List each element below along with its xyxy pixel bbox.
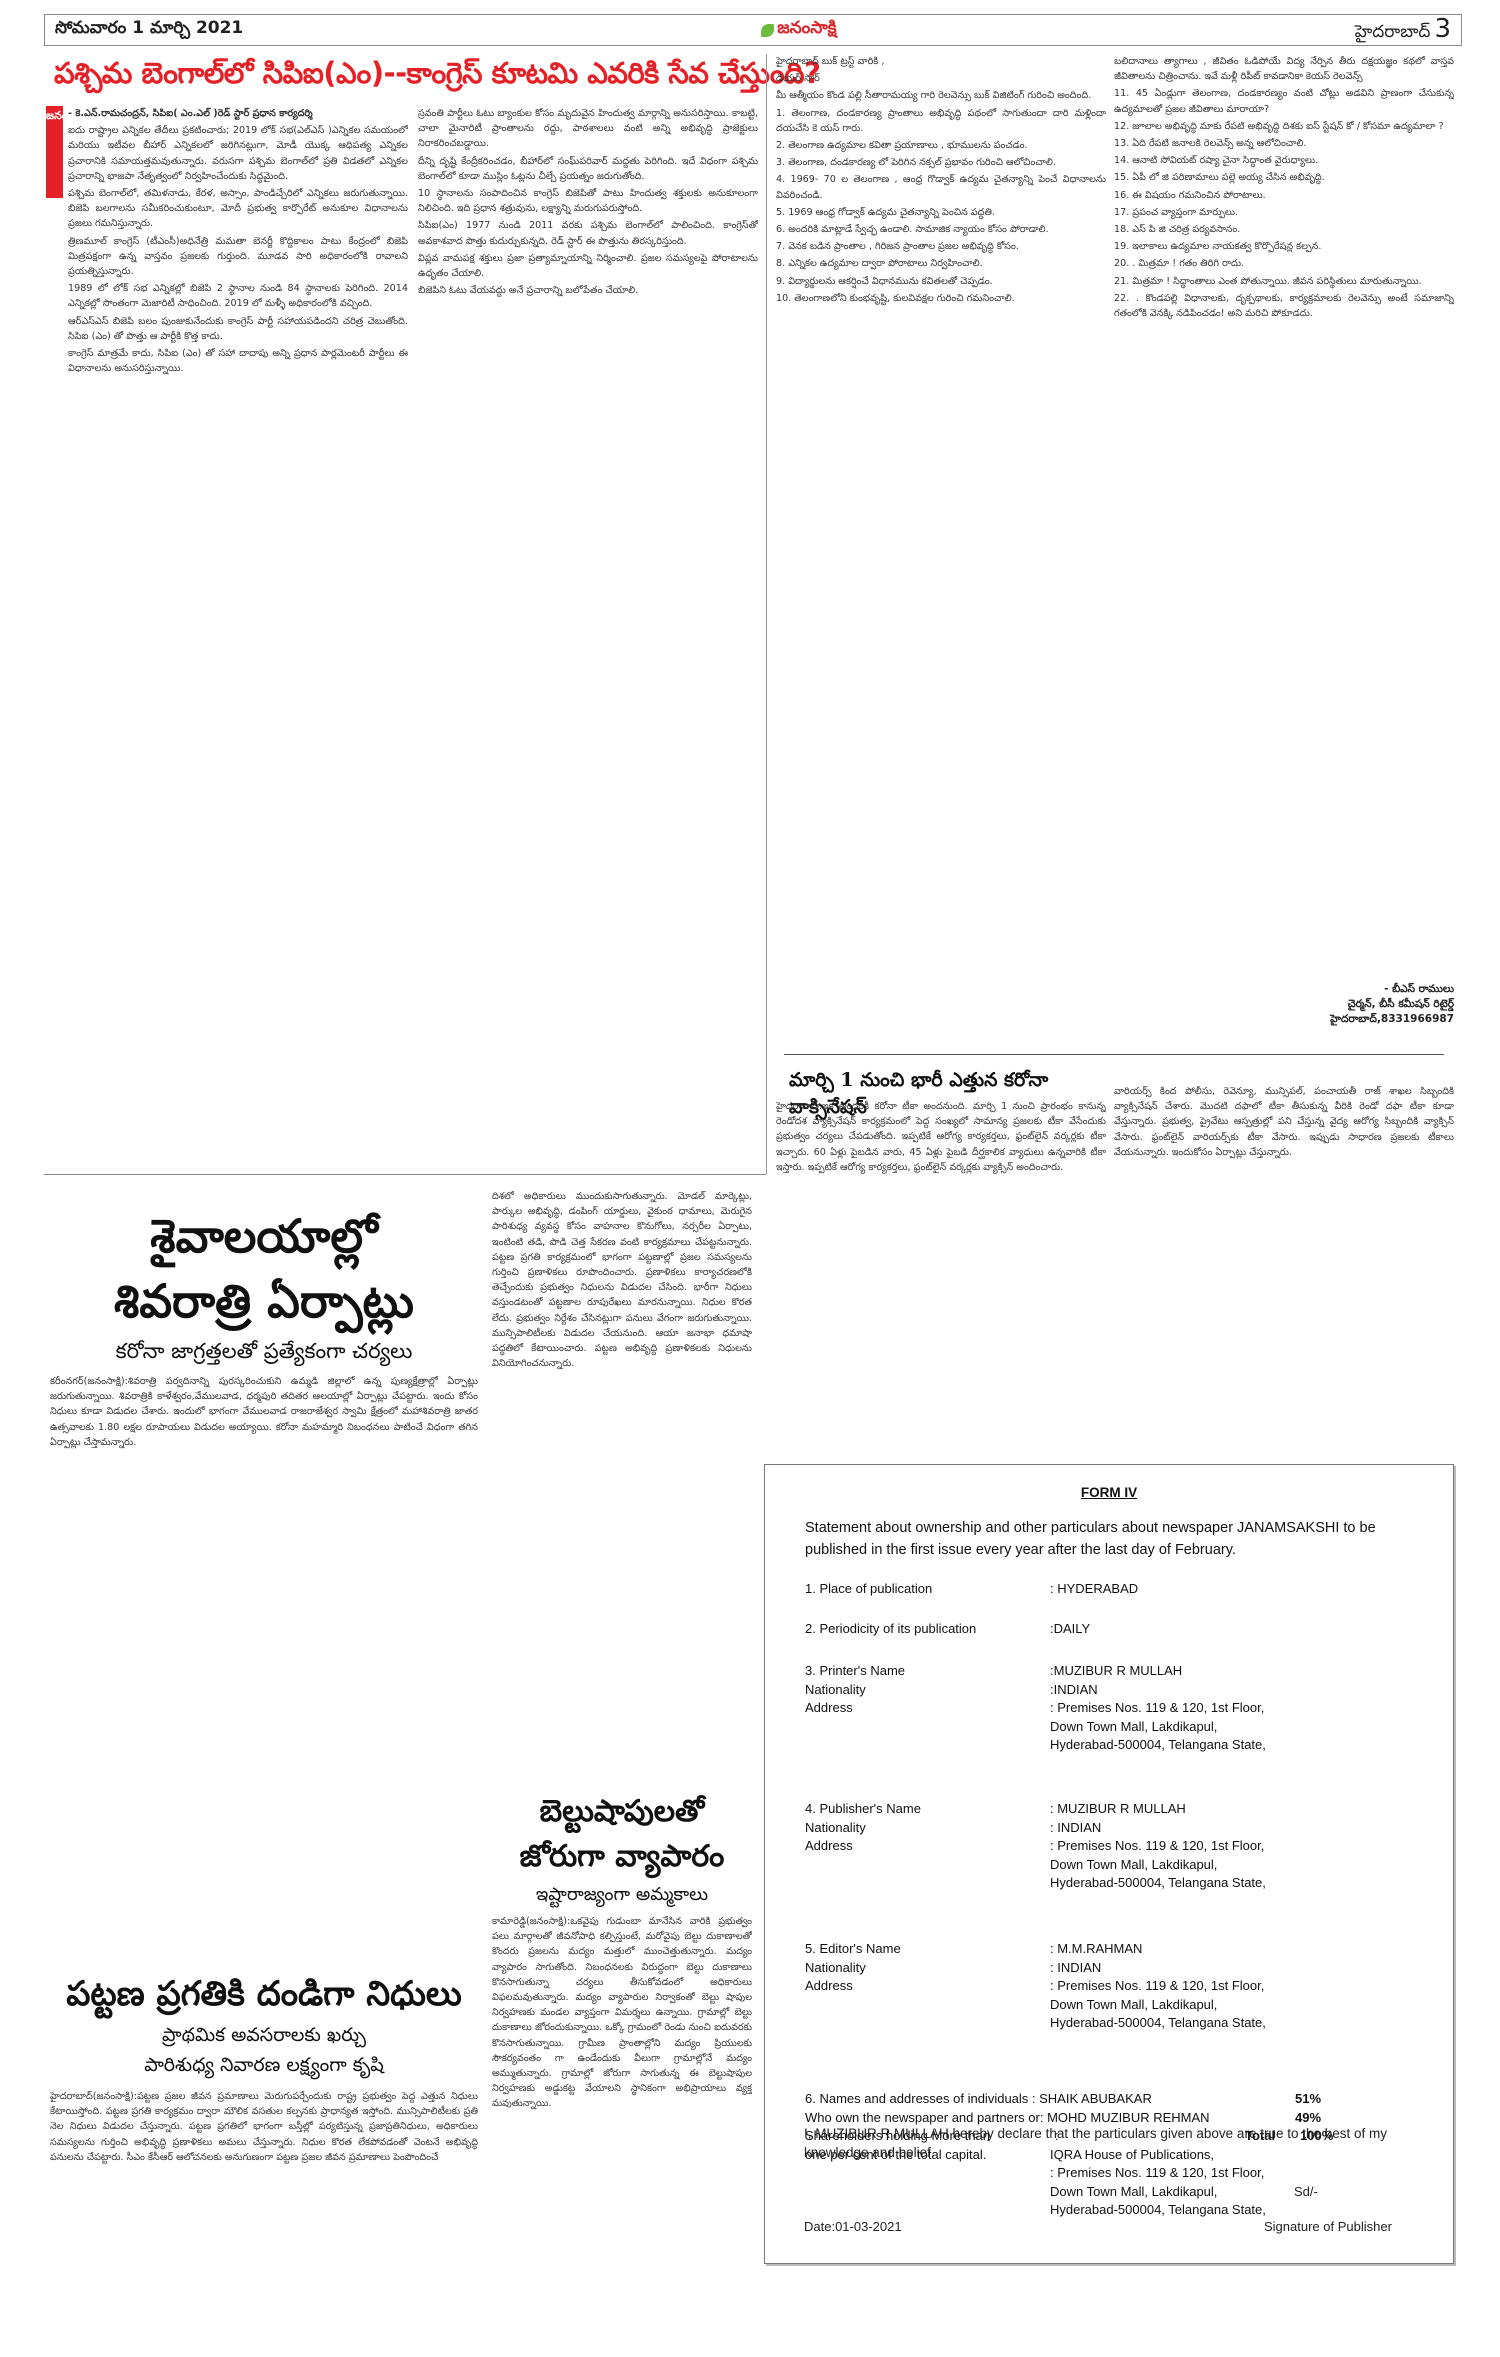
field-label: Nationality [805,1959,1045,1978]
field-value: : HYDERABAD [1050,1580,1410,1599]
paragraph: 8. ఎన్నికల ఉద్యమాల ద్వారా పోరాటాలు నిర్వ… [776,256,1106,271]
page-number: 3 [1434,14,1451,44]
editor-nationality: : INDIAN [1050,1959,1410,1978]
form-date: Date:01-03-2021 [804,2219,902,2234]
shivaratri-headline-line1: శైవాలయాల్లో [44,1209,484,1275]
paragraph: 1. తెలంగాణ, దండకారణ్య ప్రాంతాలు అభివృద్ధ… [776,106,1106,136]
paragraph: 17. ప్రపంచ వ్యాప్తంగా మార్పులు. [1114,205,1454,220]
address-line: Hyderabad-500004, Telangana State, [1050,2014,1410,2033]
editor-name: : M.M.RAHMAN [1050,1940,1410,1959]
address-line: : Premises Nos. 119 & 120, 1st Floor, [1050,1699,1410,1718]
field-label: 4. Publisher's Name [805,1800,1045,1819]
column-divider [766,54,767,1174]
paragraph: 15. ఏపీ లో జి పరిణామాలు పల్లె అయ్య చేసిన… [1114,170,1454,185]
address-line: Down Town Mall, Lakdikapul, [1050,1856,1410,1875]
paragraph: 11. 45 ఏండ్లుగా తెలంగాణ, దండకారణ్యం వంటి… [1114,86,1454,116]
owner-row: 6. Names and addresses of individuals : … [805,2090,1415,2109]
address-line: Hyderabad-500004, Telangana State, [1050,1874,1410,1893]
field-label: 2. Periodicity of its publication [805,1620,1045,1639]
masthead: సోమవారం 1 మార్చి 2021 జనంసాక్షి హైదరాబాద… [44,14,1462,46]
form-declaration: I, MUZIBUR R MULLAH hereby declare that … [804,2124,1424,2162]
owner-text: 6. Names and addresses of individuals : … [805,2091,1152,2106]
form-title: FORM IV [765,1485,1453,1500]
belt-shop-subheadline: ఇష్టారాజ్యంగా అమ్మకాలు [492,1884,752,1909]
paragraph: 18. ఎస్ పి జి చరిత్ర పర్యవసానం. [1114,222,1454,237]
address-line: : Premises Nos. 119 & 120, 1st Floor, [1050,1837,1410,1856]
edition-name: హైదరాబాద్ [1355,22,1431,42]
lead-story-col1: - కె.ఎన్.రామచంద్రన్, సిపిఐ( ఎం.ఎల్ )రెడ్… [68,106,408,1156]
publisher-name: : MUZIBUR R MULLAH [1050,1800,1410,1819]
newspaper-logo: జనంసాక్షి [761,18,836,42]
publisher-block: 4. Publisher's Name Nationality Address … [805,1800,1415,1900]
paragraph: 5. 1969 ఆంధ్ర గోడ్వాక్ ఉద్యమ చైతన్యాన్ని… [776,205,1106,220]
belt-shop-headline-line2: జోరుగా వ్యాపారం [492,1839,752,1881]
paragraph: దీన్ని దృష్టి కేంద్రీకరించడం, బీహార్‌లో … [418,154,758,184]
paragraph: 19. ఇలాకాలు ఉద్యమాల నాయకత్వ కొర్పొరేషన్ల… [1114,239,1454,254]
paragraph: 20. . మిత్రమా ! గతం తిరిగి రాదు. [1114,256,1454,271]
paragraph: 6. అందరికి మాట్లాడే స్వేచ్ఛ ఉండాలి. సామా… [776,222,1106,237]
paragraph: 16. ఈ విషయం గమనించిన పోరాటాలు. [1114,188,1454,203]
paragraph: 9. విద్యార్థులను ఆకర్షించే విధానమును కవి… [776,274,1106,289]
pattana-body: హైదరాబాద్(జనంసాక్షి):పట్టణ ప్రజల జీవన ప్… [50,2089,478,2289]
corona-col2: వారియర్స్ కింద పోలీసు, రెవెన్యూ, మున్సిప… [1114,1084,1454,1209]
printer-labels: 3. Printer's Name Nationality Address [805,1662,1045,1718]
paragraph: బలిదానాలు త్యాగాలు , జీవితం ఓడిపోయే విద్… [1114,54,1454,84]
paragraph: 10. తెలంగాణలోని కుంభవృష్టి, కులవివక్షల గ… [776,291,1106,306]
field-label: Nationality [805,1681,1045,1700]
field-label: Address [805,1837,1045,1856]
letter-signature: - బీఎస్ రాములు చైర్మన్, బీసీ కమీషన్ రిటై… [1114,982,1454,1027]
middle-story-top: దిశలో అధికారులు ముందుకుసాగుతున్నారు. మోడ… [492,1189,752,1729]
editor-values: : M.M.RAHMAN : INDIAN : Premises Nos. 11… [1050,1940,1410,2033]
paragraph: కాంగ్రెస్ మాత్రమే కాదు, సిపిఐ (ఎం) తో సహ… [68,346,408,376]
printer-nationality: :INDIAN [1050,1681,1410,1700]
address-line: Hyderabad-500004, Telangana State, [1050,2201,1266,2220]
paragraph: 12. జూలాల అభివృద్ధి మాకు రేపటి అభివృద్ధి… [1114,119,1454,134]
form-intro: Statement about ownership and other part… [805,1517,1415,1561]
signature-name: - బీఎస్ రాములు [1114,982,1454,997]
field-label: Address [805,1977,1045,1996]
paragraph: సిపిఐ(ఎం) 1977 నుండి 2011 వరకు పశ్చిమ బె… [418,218,758,248]
printer-values: :MUZIBUR R MULLAH :INDIAN : Premises Nos… [1050,1662,1410,1755]
section-tag: జనంసాక్షి [46,106,63,198]
paragraph: మీ ఆత్మీయం కొండ పల్లి సీతారామయ్య గారి రె… [776,88,1106,103]
paragraph: స్రవంతి పార్టీలు ఓటు బ్యాంకుల కోసం మృదువ… [418,106,758,152]
leaf-icon [761,24,774,37]
paragraph: 21. మిత్రమా ! సిద్ధాంతాలు ఎంత పోతున్నాయి… [1114,274,1454,289]
address-line: Down Town Mall, Lakdikapul, [1050,1718,1410,1737]
publisher-labels: 4. Publisher's Name Nationality Address [805,1800,1045,1856]
paragraph: విప్లవ వామపక్ష శక్తులు ప్రజా ప్రత్యామ్నా… [418,251,758,281]
letter-col1: హైదరాబాద్ బుక్ ట్రస్ట్ వారికి , డియర్ సా… [776,54,1106,1054]
belt-shop-headline-line1: బెల్టుషాపులతో [492,1794,752,1836]
address-line-row: Down Town Mall, Lakdikapul, [805,2183,1415,2202]
letter-salutation-to: హైదరాబాద్ బుక్ ట్రస్ట్ వారికి , [776,54,1106,69]
address-line: Hyderabad-500004, Telangana State, [1050,1736,1410,1755]
pattana-headline: పట్టణ ప్రగతికి దండిగా నిధులు [44,1974,484,2022]
field-label: 5. Editor's Name [805,1940,1045,1959]
paragraph: 2. తెలంగాణ ఉద్యమాల కవితా ప్రయాణాలు , భూమ… [776,138,1106,153]
editor-labels: 5. Editor's Name Nationality Address [805,1940,1045,1996]
paragraph: బిజెపిని ఓటు వేయవద్దు అనే ప్రచారాన్ని బల… [418,283,758,298]
editor-block: 5. Editor's Name Nationality Address : M… [805,1940,1415,2040]
address-line: : Premises Nos. 119 & 120, 1st Floor, [1050,2164,1264,2183]
printer-block: 3. Printer's Name Nationality Address :M… [805,1662,1415,1762]
paragraph: ఐదు రాష్ట్రాల ఎన్నికల తేదీలు ప్రకటించారు… [68,123,408,184]
owner-text: Who own the newspaper and partners or: M… [805,2110,1210,2125]
corona-col1: హైదరాబాద్:ఇక అందరికీ కరోనా టీకా అందనుంది… [776,1099,1106,1209]
paragraph: 1989 లో లోక్ సభ ఎన్నికల్లో బిజెపి 2 స్థా… [68,281,408,311]
pattana-subheadline-2: పారిశుధ్య నివారణ లక్ష్యంగా కృషి [44,2054,484,2081]
signature-title: చైర్మన్, బీసీ కమీషన్ రిటైర్డ్ [1114,997,1454,1012]
address-line-row: Hyderabad-500004, Telangana State, [805,2201,1415,2220]
edition-label: హైదరాబాద్3 [1355,14,1451,46]
shivaratri-headline-line2: శివరాత్రి ఏర్పాట్లు [44,1274,484,1340]
address-line: Down Town Mall, Lakdikapul, [1050,2183,1217,2202]
paragraph: 7. వెనక బడిన ప్రాంతాల , గిరిజన ప్రాంతాల … [776,239,1106,254]
sd-mark: Sd/- [1294,2184,1318,2199]
lead-story-col2: స్రవంతి పార్టీలు ఓటు బ్యాంకుల కోసం మృదువ… [418,106,758,1156]
paragraph: 4. 1969- 70 ల తెలంగాణ , ఆంధ్ర గొడ్వాక్ ఉ… [776,172,1106,202]
logo-text: జనంసాక్షి [777,18,836,42]
field-value: :DAILY [1050,1620,1410,1639]
field-label: 3. Printer's Name [805,1662,1045,1681]
shivaratri-body: కరీంనగర్(జనంసాక్షి):శివరాత్రి పర్వదినాన్… [50,1374,478,1959]
issue-date: సోమవారం 1 మార్చి 2021 [55,18,243,42]
address-line-row: : Premises Nos. 119 & 120, 1st Floor, [805,2164,1415,2183]
publisher-nationality: : INDIAN [1050,1819,1410,1838]
paragraph: ఆర్‌ఎస్‌ఎస్ బిజెపి బలం పుంజుకునేందుకు కా… [68,314,408,344]
shivaratri-subheadline: కరోనా జాగ్రత్తలతో ప్రత్యేకంగా చర్యలు [44,1339,484,1369]
address-line: : Premises Nos. 119 & 120, 1st Floor, [1050,1977,1410,1996]
field-label: 1. Place of publication [805,1580,1045,1599]
belt-shop-body: కామారెడ్డి(జనంసాక్షి):ఒకవైపు గుడుంబా మాన… [492,1914,752,2294]
paragraph: 10 స్థానాలను సంపాదించిన కాంగ్రెస్ బిజెపి… [418,186,758,216]
paragraph: పశ్చిమ బెంగాల్‌లో, తమిళనాడు, కేరళ, అస్సా… [68,186,408,232]
section-divider [44,1174,766,1175]
publisher-values: : MUZIBUR R MULLAH : INDIAN : Premises N… [1050,1800,1410,1893]
letter-col2: బలిదానాలు త్యాగాలు , జీవితం ఓడిపోయే విద్… [1114,54,1454,969]
letter-salutation: డియర్ సార్ [776,71,1106,86]
byline: - కె.ఎన్.రామచంద్రన్, సిపిఐ( ఎం.ఎల్ )రెడ్… [68,106,408,121]
address-line: Down Town Mall, Lakdikapul, [1050,1996,1410,2015]
paragraph: 13. ఏది రేపటి జనాలకి రెలవెన్స్ అన్న ఆలోచ… [1114,136,1454,151]
paragraph: 14. ఆనాటి సోవియట్ రష్యా చైనా సిద్ధాంత వై… [1114,153,1454,168]
field-label: Address [805,1699,1045,1718]
paragraph: త్రిణమూల్ కాంగ్రెస్ (టీఎంసీ)అధినేత్రి మమ… [68,234,408,280]
printer-name: :MUZIBUR R MULLAH [1050,1662,1410,1681]
paragraph: 22. . కొండపల్లి విధానాలకు, దృక్పథాలకు, క… [1114,291,1454,321]
paragraph: 3. తెలంగాణ, దండకారణ్య లో పెరిగిన నక్సల్ … [776,155,1106,170]
newspaper-page: సోమవారం 1 మార్చి 2021 జనంసాక్షి హైదరాబాద… [44,14,1462,2314]
owner-share: 51% [1295,2090,1321,2109]
signature-contact: హైదరాబాద్,8331966987 [1114,1012,1454,1027]
lead-headline: పశ్చిమ బెంగాల్‌లో సిపిఐ(ఎం)--కాంగ్రెస్ క… [54,56,754,98]
signature-label: Signature of Publisher [1264,2219,1392,2234]
pattana-subheadline-1: ప్రాథమిక అవసరాలకు ఖర్చు [44,2024,484,2051]
section-divider [784,1054,1444,1055]
field-label: Nationality [805,1819,1045,1838]
